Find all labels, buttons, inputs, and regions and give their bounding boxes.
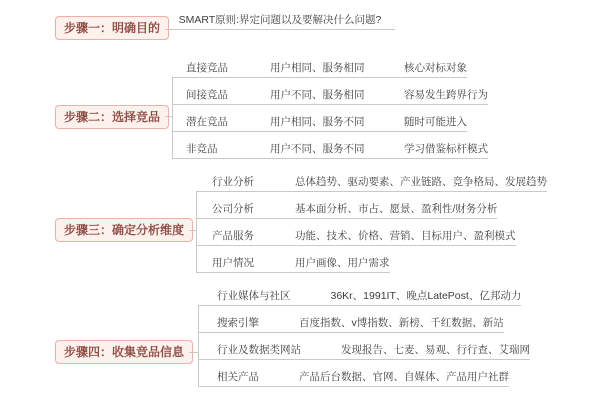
step2-box: 步骤二：选择竞品 <box>55 105 169 129</box>
node-text: 相关产品 <box>217 369 259 384</box>
step3-row-user: 用户情况 用户画像、用户需求 <box>196 256 390 273</box>
node-text: 用户情况 <box>212 255 295 270</box>
step3-connector-line <box>189 230 196 231</box>
step4-row-datasites: 行业及数据类网站 发现报告、七麦、易观、行行查、艾瑞网 <box>198 343 530 360</box>
step4-connector-line <box>189 352 198 353</box>
node-text: 核心对标对象 <box>404 60 467 75</box>
node-text: 学习借鉴标杆模式 <box>404 141 488 156</box>
step2-connector-line <box>165 116 172 117</box>
node-text: 用户不同、服务不同 <box>270 141 404 156</box>
step3-row-industry: 行业分析 总体趋势、驱动要素、产业链路、竞争格局、发展趋势 <box>196 175 547 192</box>
node-text: 行业分析 <box>212 174 295 189</box>
node-text: 百度指数、v博指数、新榜、千红数据、新站 <box>299 315 504 330</box>
node-text: 功能、技术、价格、营销、目标用户、盈利模式 <box>295 228 516 243</box>
node-text: 行业媒体与社区 <box>217 288 291 303</box>
node-text: 潜在竞品 <box>186 114 270 129</box>
node-text: 36Kr、1991IT、晚点LatePost、亿邦动力 <box>331 288 522 303</box>
step1-note-text: SMART原则:界定问题以及要解决什么问题? <box>179 12 382 27</box>
step1-box: 步骤一：明确目的 <box>55 16 169 40</box>
step2-row-potential: 潜在竞品 用户相同、服务不同 随时可能进入 <box>172 115 467 132</box>
node-text: 行业及数据类网站 <box>217 342 301 357</box>
node-text: 发现报告、七麦、易观、行行查、艾瑞网 <box>341 342 530 357</box>
step2-row-non: 非竞品 用户不同、服务不同 学习借鉴标杆模式 <box>172 142 488 159</box>
step4-box: 步骤四：收集竞品信息 <box>55 340 193 364</box>
node-text: 产品后台数据、官网、自媒体、产品用户社群 <box>299 369 509 384</box>
step3-row-product: 产品服务 功能、技术、价格、营销、目标用户、盈利模式 <box>196 229 516 246</box>
node-text: 总体趋势、驱动要素、产业链路、竞争格局、发展趋势 <box>295 174 547 189</box>
node-text: 公司分析 <box>212 201 295 216</box>
step2-row-indirect: 间接竞品 用户不同、服务相同 容易发生跨界行为 <box>172 88 488 105</box>
node-text: 用户相同、服务相同 <box>270 60 404 75</box>
step4-row-media: 行业媒体与社区 36Kr、1991IT、晚点LatePost、亿邦动力 <box>198 289 521 306</box>
node-text: 随时可能进入 <box>404 114 467 129</box>
node-text: 非竞品 <box>186 141 270 156</box>
node-text: 产品服务 <box>212 228 295 243</box>
node-text: 用户相同、服务不同 <box>270 114 404 129</box>
node-text: 直接竞品 <box>186 60 270 75</box>
step3-box: 步骤三：确定分析维度 <box>55 218 193 242</box>
node-text: 容易发生跨界行为 <box>404 87 488 102</box>
step4-row-search: 搜索引擎 百度指数、v博指数、新榜、千红数据、新站 <box>198 316 504 333</box>
step3-row-company: 公司分析 基本面分析、市占、愿景、盈利性/财务分析 <box>196 202 497 219</box>
node-text: 搜索引擎 <box>217 315 259 330</box>
node-text: 间接竞品 <box>186 87 270 102</box>
node-text: 用户画像、用户需求 <box>295 255 390 270</box>
step1-branch-row: SMART原则:界定问题以及要解决什么问题? <box>165 13 395 30</box>
node-text: 基本面分析、市占、愿景、盈利性/财务分析 <box>295 201 497 216</box>
step4-row-relatedproducts: 相关产品 产品后台数据、官网、自媒体、产品用户社群 <box>198 370 509 387</box>
mindmap-canvas: 步骤一：明确目的 SMART原则:界定问题以及要解决什么问题? 步骤二：选择竞品… <box>0 0 600 400</box>
node-text: 用户不同、服务相同 <box>270 87 404 102</box>
step2-row-direct: 直接竞品 用户相同、服务相同 核心对标对象 <box>172 61 467 78</box>
